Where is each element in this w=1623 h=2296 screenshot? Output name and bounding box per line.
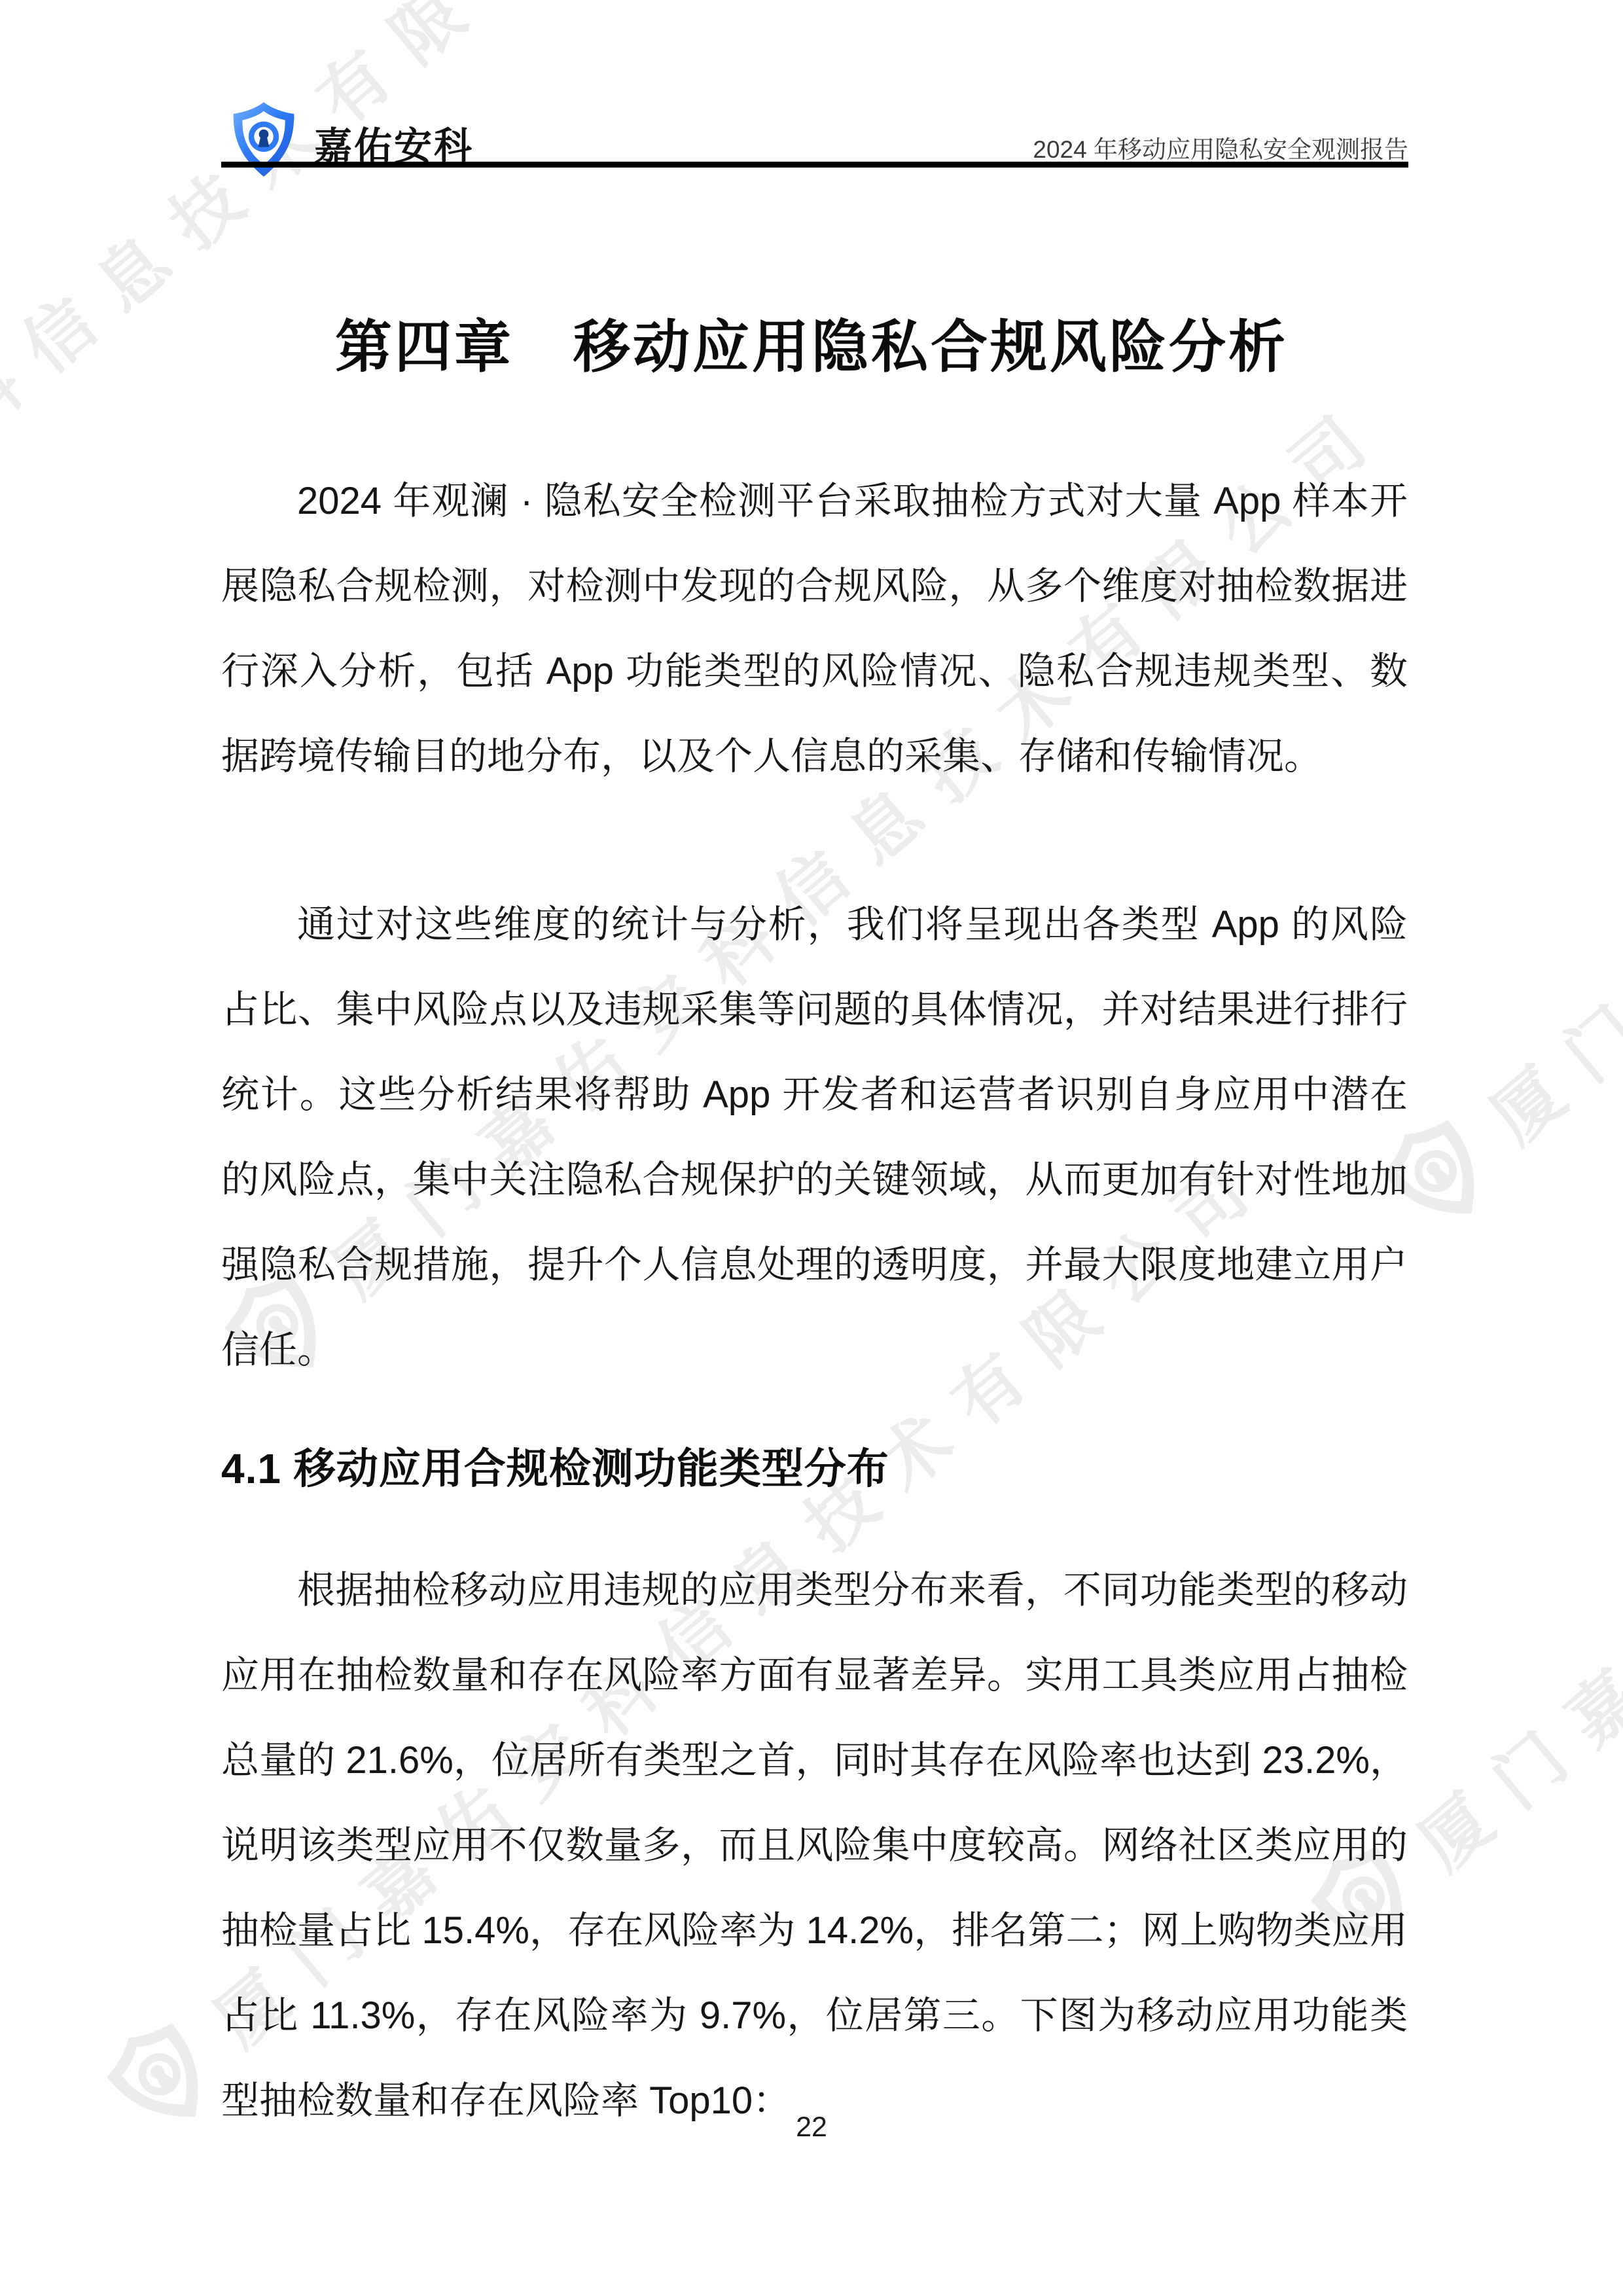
- report-page: 厦门嘉佑安科信息技术有限公司 厦门嘉佑安科信息技术有限公司: [0, 0, 1623, 2296]
- chapter-title: 第四章 移动应用隐私合规风险分析: [0, 301, 1623, 383]
- page-number: 22: [0, 2111, 1623, 2144]
- header-divider: [221, 162, 1408, 168]
- page-content: 嘉佑安科 2024 年移动应用隐私安全观测报告 第四章 移动应用隐私合规风险分析…: [0, 0, 1623, 2296]
- body-paragraph-2: 通过对这些维度的统计与分析，我们将呈现出各类型 App 的风险占比、集中风险点以…: [221, 882, 1408, 1393]
- body-paragraph-3: 根据抽检移动应用违规的应用类型分布来看，不同功能类型的移动应用在抽检数量和存在风…: [221, 1548, 1408, 2144]
- header-report-title: 2024 年移动应用隐私安全观测报告: [1033, 130, 1408, 165]
- body-paragraph-1: 2024 年观澜 · 隐私安全检测平台采取抽检方式对大量 App 样本开展隐私合…: [221, 459, 1408, 799]
- section-heading-4-1: 4.1 移动应用合规检测功能类型分布: [221, 1435, 889, 1496]
